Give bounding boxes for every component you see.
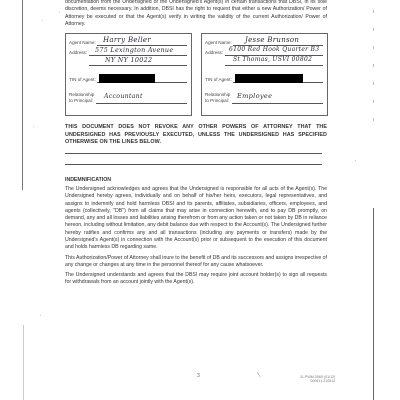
relationship-label-2: to Principal: <box>205 98 229 103</box>
agent-box-2: Agent Name: Jesse Brunson Address: 6100 … <box>201 33 328 116</box>
exception-line-1[interactable] <box>65 153 322 154</box>
scan-mark: \ <box>257 372 261 379</box>
agent-1-address-line-2: NY NY 10022 <box>105 56 152 64</box>
indemnification-paragraph-2: This Authorization/Power of Attorney sha… <box>65 255 327 270</box>
agent-2-name-value: Jesse Brunson <box>245 36 299 44</box>
agent-1-name-value: Harry Beller <box>103 36 151 44</box>
agent-1-relationship-value: Accountant <box>104 93 143 100</box>
agent-box-1: Agent Name: Harry Beller Address: 575 Le… <box>65 33 192 116</box>
agent-name-label: Agent Name: <box>69 40 96 45</box>
address-line-2 <box>225 65 323 66</box>
form-code: 11-PWM-3065 (01/12) 000611-210512 <box>300 375 335 384</box>
scan-speck <box>33 126 34 127</box>
indemnification-paragraph-3: The Undersigned understands and agrees t… <box>65 272 327 287</box>
address-label: Address: <box>205 50 223 55</box>
page-number: 3 <box>197 373 200 379</box>
scan-edge-left-lower <box>23 325 24 400</box>
tin-redaction <box>235 74 303 83</box>
agent-2-address-line-2: St Thomas, USVI 00802 <box>233 56 312 63</box>
relationship-label-1: Relationship <box>69 92 94 97</box>
indemnification-title: INDEMNIFICATION <box>65 177 111 183</box>
scan-edge-right <box>373 208 374 400</box>
agent-2-relationship-value: Employee <box>237 92 272 100</box>
scan-dots-right <box>373 10 374 130</box>
intro-text: documentation from the Undersigned or th… <box>65 0 327 29</box>
scan-speck <box>42 20 43 21</box>
agent-name-label: Agent Name: <box>205 40 232 45</box>
scan-edge-left <box>22 0 23 190</box>
relationship-line <box>96 103 187 104</box>
tin-redaction <box>99 74 155 83</box>
form-code-line-2: 000611-210512 <box>300 379 335 383</box>
relationship-label-1: Relationship <box>205 92 230 97</box>
intro-paragraph: documentation from the Undersigned or th… <box>65 0 327 29</box>
scan-speck <box>59 12 60 13</box>
indemnification-paragraph-1: The Undersigned acknowledges and agrees … <box>65 186 327 252</box>
scan-speck <box>355 160 356 161</box>
agent-2-address-line-1: 6100 Red Hook Quarter B3 <box>229 46 319 53</box>
relationship-label-2: to Principal: <box>69 98 93 103</box>
relationship-line <box>232 103 323 104</box>
scan-speck <box>40 315 41 316</box>
address-label: Address: <box>69 50 87 55</box>
exception-line-2[interactable] <box>65 164 322 165</box>
address-line-2 <box>89 65 187 66</box>
revocation-notice: THIS DOCUMENT DOES NOT REVOKE ANY OTHER … <box>65 124 327 147</box>
tin-label: TIN of Agent: <box>205 77 232 82</box>
tin-label: TIN of Agent: <box>69 77 96 82</box>
agent-1-address-line-1: 575 Lexington Avenue <box>95 46 173 54</box>
